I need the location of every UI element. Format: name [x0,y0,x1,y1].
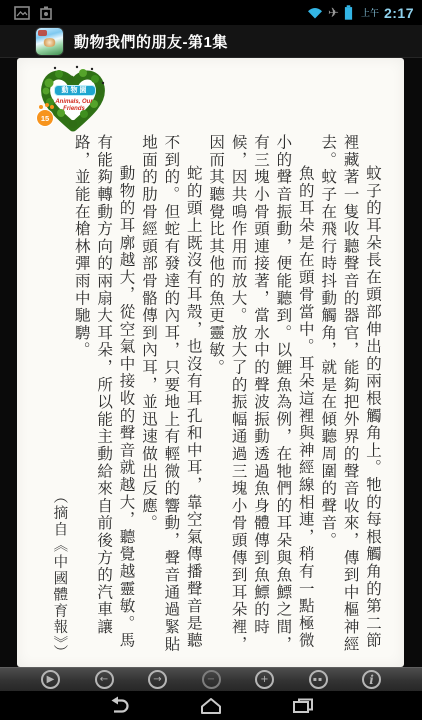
paragraph-snake: 蛇的頭上既沒有耳殼，也沒有耳孔和中耳，靠空氣傳播聲音是聽不到的。但蛇有發達的內耳… [138,134,205,661]
content-area: 動物園 Animals, Our Friends 15 蚊子的耳朵長在頭部伸出的… [0,58,422,667]
reader-toolbar: ▶ ← → − + ▪▪ i [0,667,422,691]
app-title: 動物我們的朋友-第1集 [74,31,228,52]
paragraph-fish: 魚的耳朵是在頭骨當中。耳朵這裡與神經線相連，稍有一點極微小的聲音振動，便能聽到。… [205,134,317,661]
series-logo: 動物園 Animals, Our Friends 15 [37,63,109,145]
recents-icon [291,696,315,716]
prev-page-button[interactable]: ← [95,670,114,689]
clock: 2:17 [384,5,414,21]
home-button[interactable] [197,695,225,717]
status-bar: ✈ 上午 2:17 [0,0,422,25]
recents-button[interactable] [289,695,317,717]
paw-toes-icon [39,105,43,109]
android-navbar [0,691,422,720]
app-icon [36,28,63,55]
wifi-icon [307,7,323,19]
paw-number-badge: 15 [37,110,53,126]
next-page-button[interactable]: → [148,670,167,689]
tablet-screen: ✈ 上午 2:17 動物我們的朋友-第1集 [0,0,422,720]
story-text: 蚊子的耳朵長在頭部伸出的兩根觸角上。牠的每根觸角的第二節裡藏著一隻收聽聲音的器官… [48,134,384,661]
zoom-in-button[interactable]: + [255,670,274,689]
back-icon [107,696,131,716]
screenshot-icon [14,6,30,20]
book-page[interactable]: 動物園 Animals, Our Friends 15 蚊子的耳朵長在頭部伸出的… [17,58,404,667]
battery-icon [344,5,353,20]
paragraph-horse: 動物的耳廓越大，從空氣中接收的聲音就越大，聽覺越靈敏。馬有能夠轉動方向的兩扇大耳… [70,134,137,661]
home-icon [199,696,223,716]
logo-badge: 動物園 [54,85,96,96]
usb-debug-icon [39,6,53,20]
pages-button[interactable]: ▪▪ [309,670,328,689]
system-status-icons: ✈ 上午 2:17 [307,5,414,21]
title-bar: 動物我們的朋友-第1集 [0,25,422,58]
logo-subtitle: Animals, Our Friends [51,99,97,113]
back-button[interactable] [105,695,133,717]
play-button[interactable]: ▶ [41,670,60,689]
notification-icons [8,6,53,20]
source-citation: （摘自《中國體育報》） [48,134,70,661]
info-button[interactable]: i [362,670,381,689]
clock-am-pm: 上午 [361,6,379,19]
zoom-out-button[interactable]: − [202,670,221,689]
airplane-mode-icon: ✈ [328,6,339,19]
paragraph-mosquito: 蚊子的耳朵長在頭部伸出的兩根觸角上。牠的每根觸角的第二節裡藏著一隻收聽聲音的器官… [317,134,384,661]
